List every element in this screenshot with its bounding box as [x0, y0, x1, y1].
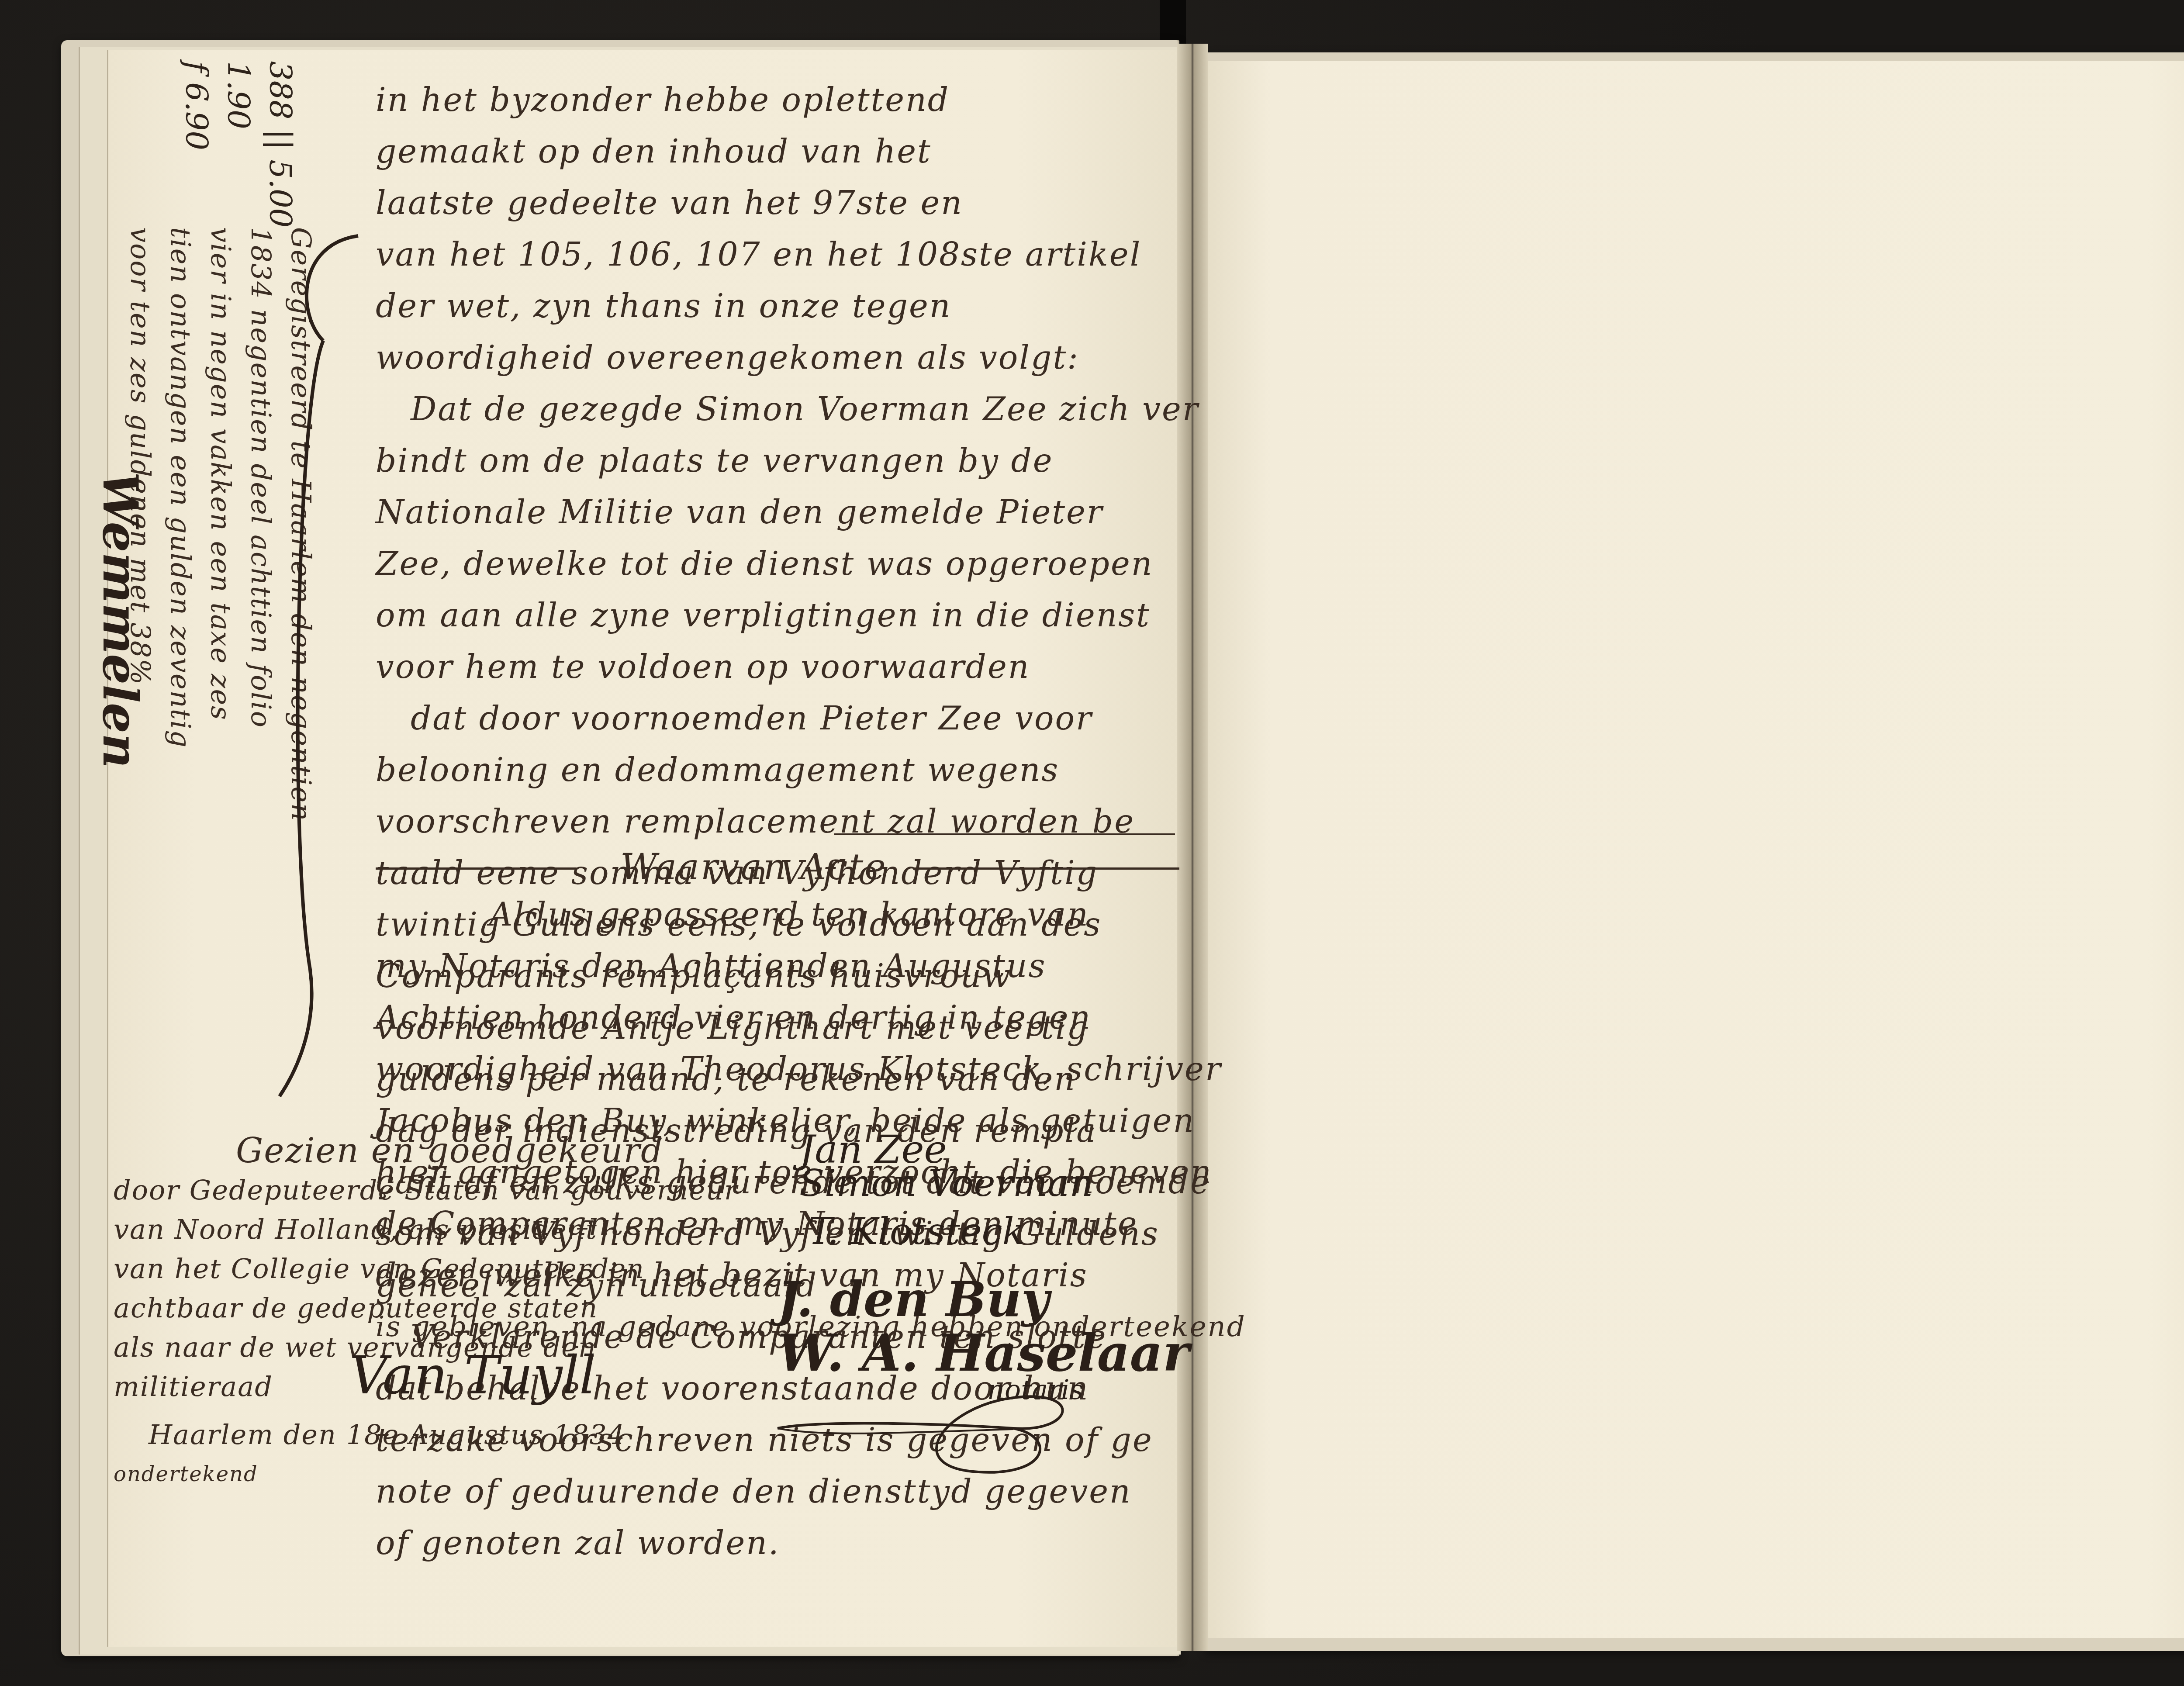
- signature-den-buy: J. den Buy: [778, 1271, 1049, 1327]
- text-line: woordigheid overeengekomen als volgt:: [376, 332, 1211, 383]
- text-line: Achttien honderd vier en dertig in tegen: [376, 992, 1246, 1043]
- right-page-blank: [1208, 61, 2184, 1638]
- text-line: in het byzonder hebbe oplettend: [376, 74, 1211, 126]
- text-line: Aldus gepasseerd ten kantore van: [376, 889, 1246, 940]
- text-line: voorschreven remplacement zal worden be: [376, 796, 1211, 847]
- text-line: woordigheid van Theodorus Klotsteck, sch…: [376, 1043, 1246, 1095]
- approval-date: Haarlem den 18e Augustus 1834: [114, 1415, 738, 1455]
- text-line: of genoten zal worden.: [376, 1517, 1211, 1569]
- approval-block: Gezien en goedgekeurd door Gedeputeerde …: [114, 1131, 738, 1494]
- text-line: om aan alle zyne verpligtingen in die di…: [376, 590, 1211, 641]
- margin-figure: 388 || 5.00: [259, 61, 301, 228]
- approval-line: van het Collegie van Gedeputeerden: [114, 1249, 738, 1289]
- signature-van-tuyll: Van Tuyll: [349, 1345, 596, 1406]
- rule-line: [376, 867, 577, 870]
- text-line: dat door voornoemden Pieter Zee voor: [376, 693, 1211, 744]
- text-line: voor hem te voldoen op voorwaarden: [376, 641, 1211, 693]
- text-line: my Notaris den Achttienden Augustus: [376, 940, 1246, 992]
- text-line: Zee, dewelke tot die dienst was opgeroep…: [376, 538, 1211, 590]
- margin-note-line: tien ontvangen een gulden zeventig: [160, 227, 200, 822]
- text-line: van het 105, 106, 107 en het 108ste arti…: [376, 229, 1211, 280]
- text-line: bindt om de plaats te vervangen by de: [376, 435, 1211, 487]
- text-line: laatste gedeelte van het 97ste en: [376, 177, 1211, 229]
- margin-figures: 388 || 5.00 1.90 f 6.90: [176, 61, 301, 228]
- section-heading-row: Waarvan Acte: [376, 855, 1206, 881]
- signature-klotsteck: T. Klotsteck: [808, 1210, 1025, 1253]
- margin-figure: f 6.90: [176, 61, 218, 228]
- margin-figure: 1.90: [218, 61, 259, 228]
- text-line: gemaakt op den inhoud van het: [376, 126, 1211, 177]
- signature-simon-voerman: Simon Voerman: [799, 1162, 1093, 1205]
- section-heading: Waarvan Acte: [620, 846, 887, 888]
- approval-line: Gezien en goedgekeurd: [114, 1131, 738, 1171]
- approval-closing: ondertekend: [114, 1455, 738, 1494]
- margin-brace-flourish: [271, 227, 384, 1101]
- margin-note-line: vier in negen vakken een taxe zes: [200, 227, 241, 822]
- text-line: der wet, zyn thans in onze tegen: [376, 280, 1211, 332]
- approval-line: van Noord Holland, als president: [114, 1210, 738, 1249]
- notary-paraph-flourish: [769, 1372, 1096, 1485]
- text-line: belooning en dedommagement wegens: [376, 744, 1211, 796]
- approval-line: achtbaar de gedeputeerde staten: [114, 1289, 738, 1328]
- open-register-book: ℤ. 388 || 5.00 1.90 f 6.90 Geregistreerd…: [0, 0, 2184, 1686]
- rule-line: [834, 833, 1175, 835]
- text-line: Dat de gezegde Simon Voerman Zee zich ve…: [376, 383, 1211, 435]
- text-line: Nationale Militie van den gemelde Pieter: [376, 487, 1211, 538]
- approval-line: door Gedeputeerde Staten van gouverneur: [114, 1171, 738, 1210]
- rule-line: [913, 867, 1179, 870]
- margin-signature: Wemmelen: [92, 472, 149, 768]
